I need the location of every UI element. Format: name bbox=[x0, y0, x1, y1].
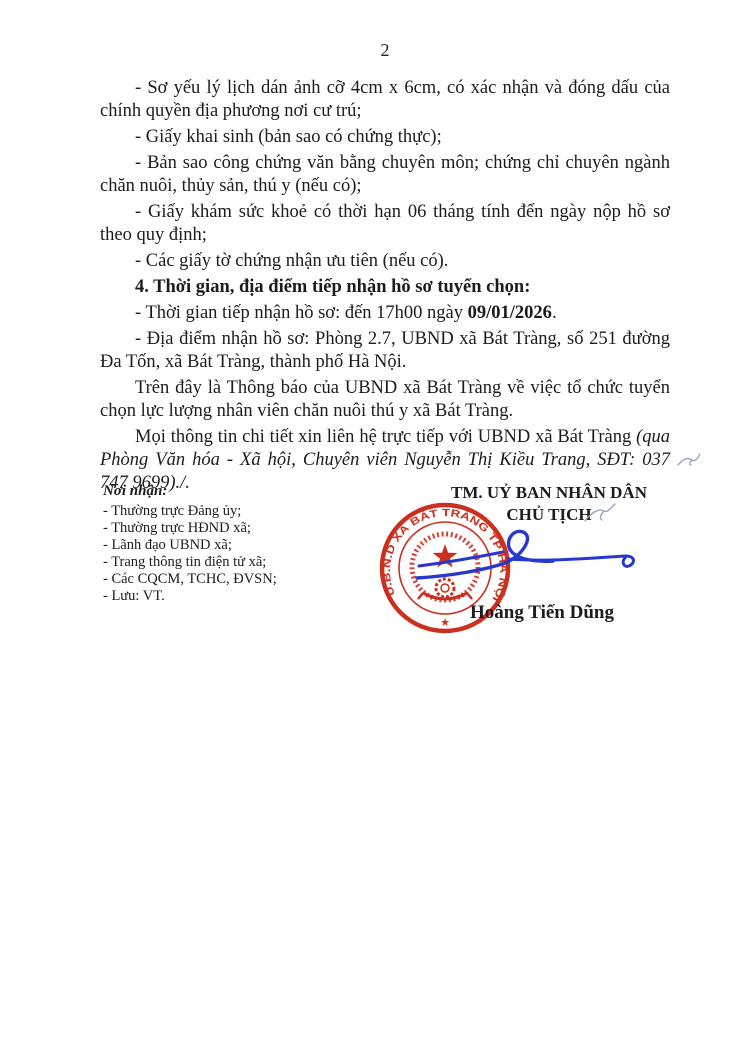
recipients-list: - Thường trực Đảng ủy; - Thường trực HĐN… bbox=[103, 503, 353, 605]
page-number: 2 bbox=[100, 40, 670, 61]
deadline-period: . bbox=[552, 303, 557, 323]
body-paragraph: - Giấy khám sức khoẻ có thời hạn 06 thán… bbox=[100, 201, 670, 247]
recipients-block: Nơi nhận: - Thường trực Đảng ủy; - Thườn… bbox=[103, 483, 353, 605]
document-page: 2 - Sơ yếu lý lịch dán ảnh cỡ 4cm x 6cm,… bbox=[0, 0, 740, 1047]
body-paragraph: Trên đây là Thông báo của UBND xã Bát Tr… bbox=[100, 377, 670, 423]
document-body: - Sơ yếu lý lịch dán ảnh cỡ 4cm x 6cm, c… bbox=[100, 77, 670, 498]
recipient-item: - Thường trực Đảng ủy; bbox=[103, 503, 353, 520]
recipient-item: - Các CQCM, TCHC, ĐVSN; bbox=[103, 571, 353, 588]
recipient-item: - Lãnh đạo UBND xã; bbox=[103, 537, 353, 554]
recipients-title: Nơi nhận: bbox=[103, 483, 353, 500]
body-paragraph: - Thời gian tiếp nhận hồ sơ: đến 17h00 n… bbox=[100, 302, 670, 325]
body-paragraph: - Bản sao công chứng văn bằng chuyên môn… bbox=[100, 152, 670, 198]
recipient-item: - Trang thông tin điện tử xã; bbox=[103, 554, 353, 571]
signer-name: Hoàng Tiến Dũng bbox=[442, 602, 642, 624]
body-paragraph: - Các giấy tờ chứng nhận ưu tiên (nếu có… bbox=[100, 250, 670, 273]
contact-text: Mọi thông tin chi tiết xin liên hệ trực … bbox=[135, 427, 636, 447]
paraph-mark-icon bbox=[676, 452, 702, 468]
recipient-item: - Thường trực HĐND xã; bbox=[103, 520, 353, 537]
body-paragraph: - Địa điểm nhận hồ sơ: Phòng 2.7, UBND x… bbox=[100, 328, 670, 374]
recipient-item: - Lưu: VT. bbox=[103, 588, 353, 605]
body-paragraph: - Sơ yếu lý lịch dán ảnh cỡ 4cm x 6cm, c… bbox=[100, 77, 670, 123]
deadline-text: - Thời gian tiếp nhận hồ sơ: đến 17h00 n… bbox=[135, 303, 468, 323]
deadline-date: 09/01/2026 bbox=[468, 303, 552, 323]
handwritten-signature bbox=[405, 520, 645, 602]
body-paragraph: - Giấy khai sinh (bản sao có chứng thực)… bbox=[100, 126, 670, 149]
section-heading: 4. Thời gian, địa điểm tiếp nhận hồ sơ t… bbox=[100, 276, 670, 299]
